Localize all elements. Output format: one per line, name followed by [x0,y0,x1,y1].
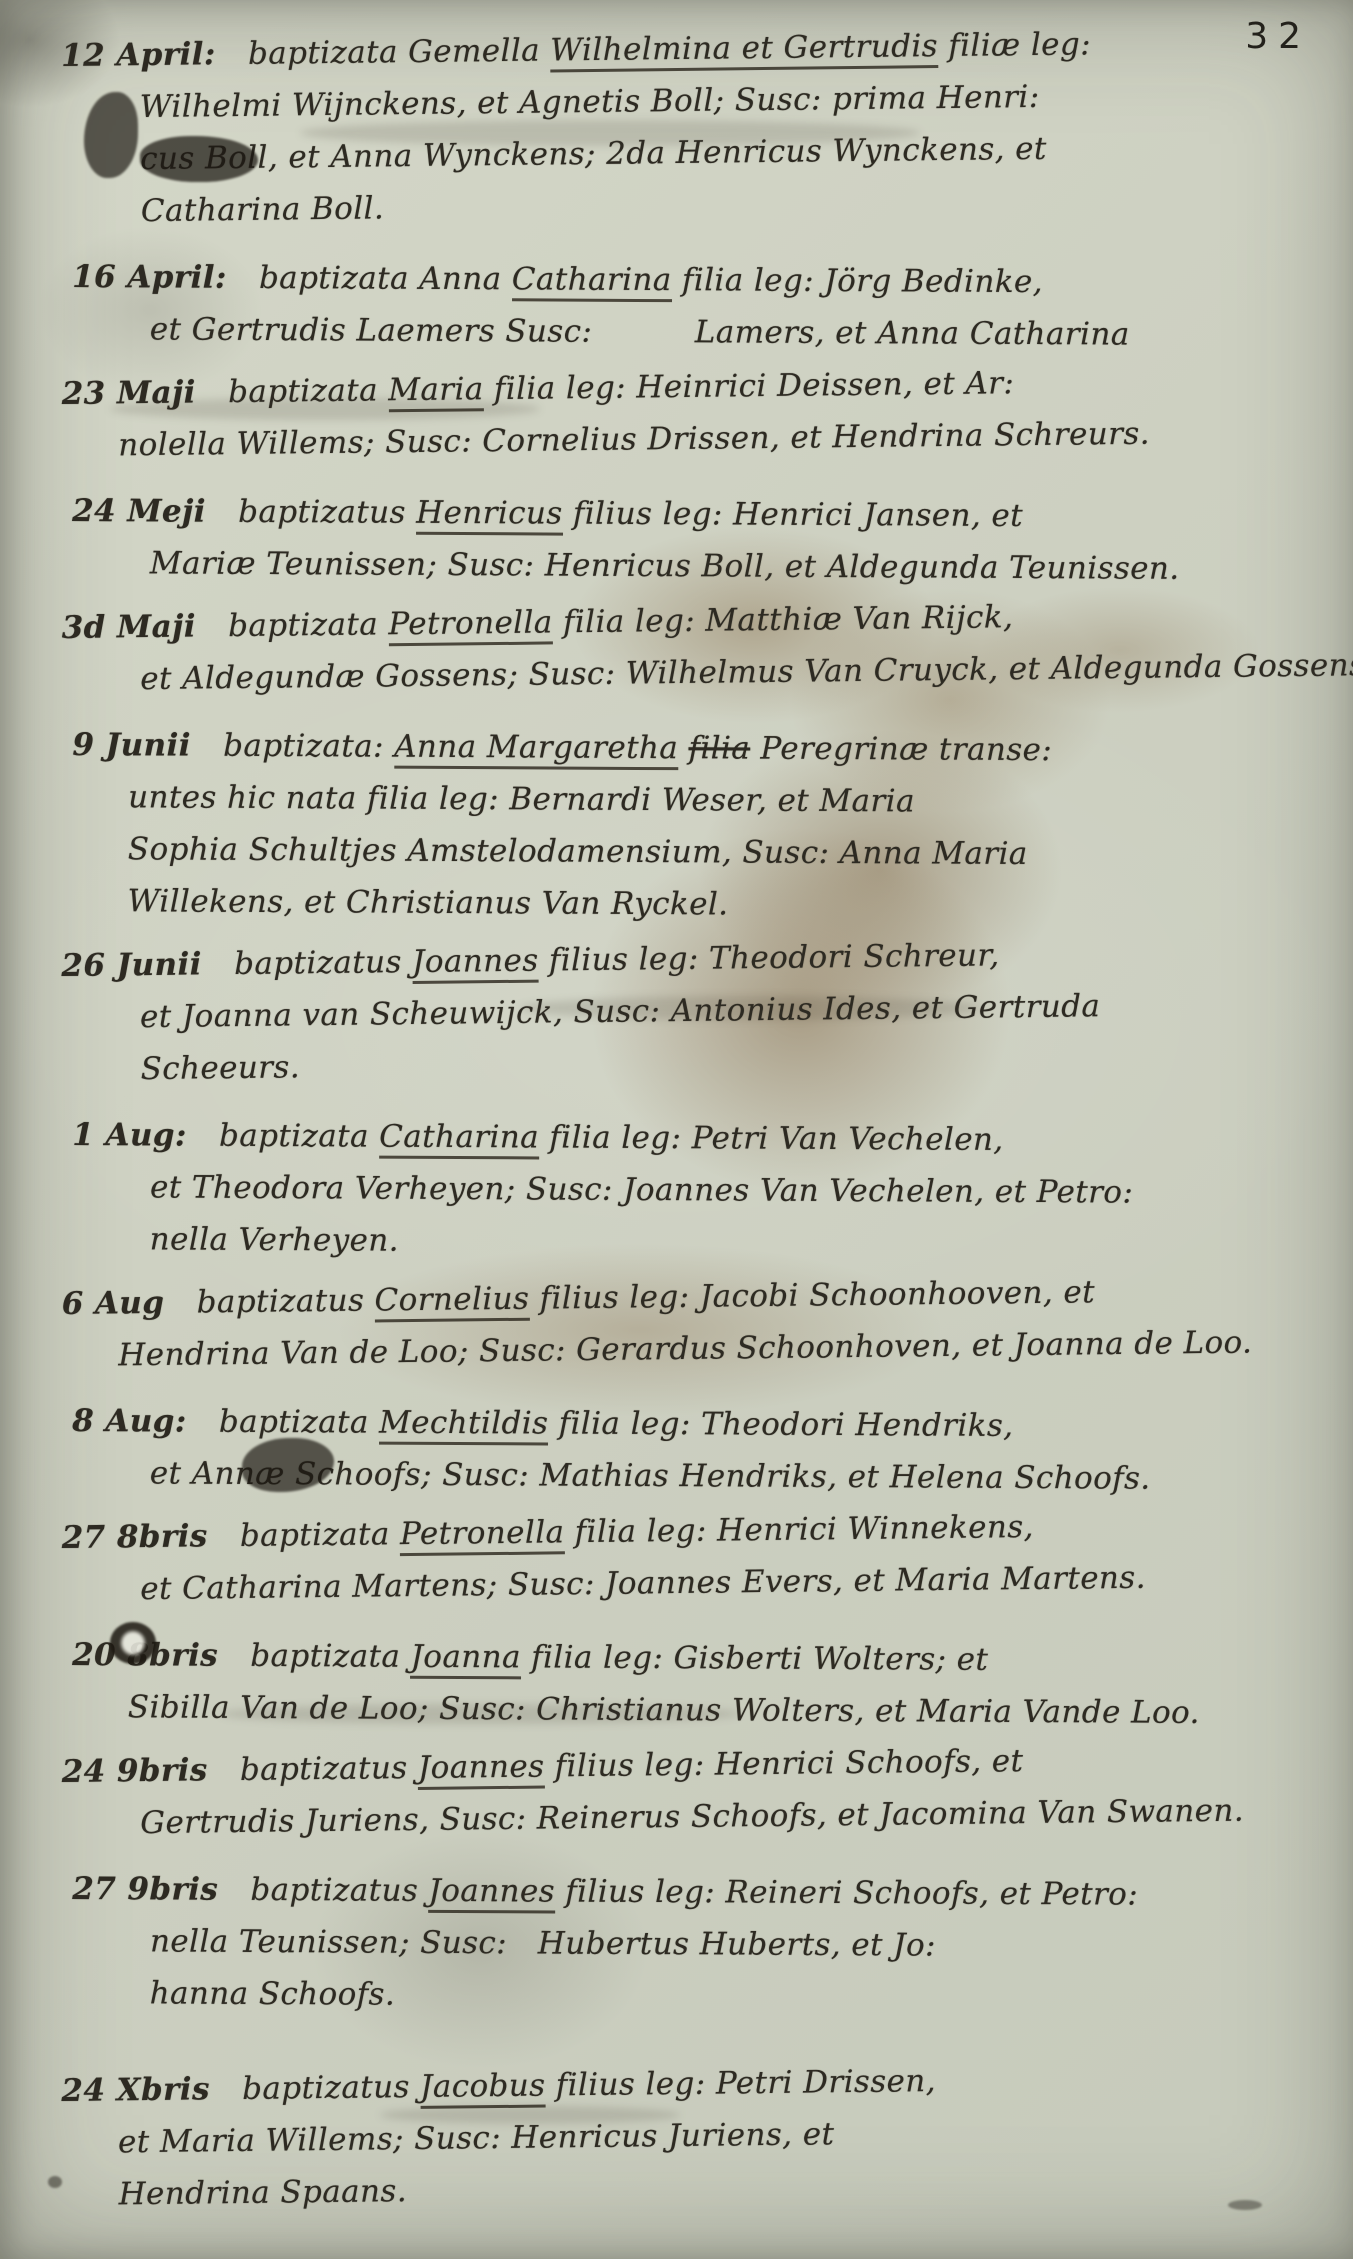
text-run: cus Boll, et Anna Wynckens; 2da Henricus… [140,131,1047,177]
entry-date: 24 Meji [72,485,206,538]
register-line: 24 Meji baptizatus Henricus filius leg: … [72,485,1293,543]
text-run: Willekens, et Christianus Van Ryckel. [127,883,728,922]
register-entry: 24 Xbris baptizatus Jacobus filius leg: … [61,2051,1294,2221]
register-line: 1 Aug: baptizata Catharina filia leg: Pe… [72,1109,1293,1167]
entry-date: 12 April: [61,28,216,82]
register-entry: 27 8bris baptizata Petronella filia leg:… [61,1498,1293,1616]
baptized-name: Maria [388,371,484,412]
entry-date: 23 Maji [61,366,196,420]
text-run: baptizata [219,1118,379,1155]
baptism-entries: 12 April: baptizata Gemella Wilhelmina e… [62,30,1293,2221]
register-line: et Theodora Verheyen; Susc: Joannes Van … [150,1161,1293,1219]
baptized-name: Jacobus [420,2068,546,2109]
text-run: filia leg: Petri Van Vechelen, [539,1119,1004,1157]
text-run: baptizatus [242,2069,420,2107]
baptized-name: Catharina [379,1119,539,1160]
entry-date: 8 Aug: [72,1395,187,1448]
text-run: untes hic nata filia leg: Bernardi Weser… [128,779,915,819]
entry-date: 27 9bris [72,1863,218,1916]
text-run: Gertrudis Juriens, Susc: Reinerus Schoof… [140,1793,1244,1842]
text-run: nella Verheyen. [150,1221,399,1258]
text-run: Sophia Schultjes Amstelodamensium, Susc:… [128,831,1028,872]
register-line: Willekens, et Christianus Van Ryckel. [127,875,1292,933]
text-run: baptizata [250,1638,410,1675]
baptized-name: Wilhelmina et Gertrudis [550,28,938,72]
text-run: baptizata [228,606,389,644]
text-run: filius leg: Henrici Jansen, et [563,496,1024,534]
ink-blot [48,2176,62,2188]
entry-date: 3d Maji [61,600,196,654]
baptized-name: Anna Margaretha [394,729,678,770]
manuscript-scan: { "page": { "number": "32", "colors": { … [0,0,1353,2259]
text-run: et Joanna van Scheuwijck, Susc: Antonius… [140,988,1101,1035]
baptized-name: Petronella [388,604,553,646]
text-run: et Theodora Verheyen; Susc: Joannes Van … [150,1169,1133,1210]
baptized-name: Joannes [418,1749,545,1790]
baptized-name: Joannes [412,943,539,984]
text-run: filius leg: Henrici Schoofs, et [544,1743,1023,1784]
register-line: 8 Aug: baptizata Mechtildis filia leg: T… [72,1395,1293,1453]
register-line: hanna Schoofs. [150,1967,1293,2025]
register-entry: 9 Junii baptizata: Anna Margaretha filia… [71,719,1293,933]
text-run: filiæ leg: [938,26,1091,64]
entry-date: 1 Aug: [72,1109,187,1162]
entry-date: 6 Aug [61,1277,164,1330]
text-run: nella Teunissen; Susc: Hubertus Huberts,… [150,1923,936,1963]
register-entry: 16 April: baptizata Anna Catharina filia… [72,251,1294,361]
ink-blot [140,136,258,182]
text-run: baptizata Gemella [248,32,551,71]
text-run: baptizatus [234,944,412,982]
register-entry: 26 Junii baptizatus Joannes filius leg: … [61,926,1294,1096]
text-run: baptizata [228,372,389,410]
text-run: Hendrina Spaans. [118,2173,407,2212]
text-run: filia leg: Henrici Winnekens, [564,1509,1034,1550]
text-run: et Aldegundæ Gossens; Susc: Wilhelmus Va… [140,647,1353,697]
text-run: Sibilla Van de Loo; Susc: Christianus Wo… [128,1689,1200,1731]
text-run: filius leg: Theodori Schreur, [538,937,999,978]
text-run: filius leg: Jacobi Schoonhooven, et [529,1274,1095,1316]
text-run: baptizata [240,1516,401,1554]
entry-date: 26 Junii [61,938,202,992]
ink-blot [1228,2200,1262,2210]
text-run: Hendrina Van de Loo; Susc: Gerardus Scho… [118,1324,1252,1373]
baptized-name: Cornelius [374,1281,529,1323]
register-entry: 24 Meji baptizatus Henricus filius leg: … [72,485,1294,595]
register-line: Sibilla Van de Loo; Susc: Christianus Wo… [128,1681,1293,1739]
register-line: 9 Junii baptizata: Anna Margaretha filia… [72,719,1293,777]
register-entry: 1 Aug: baptizata Catharina filia leg: Pe… [72,1109,1294,1271]
register-entry: 27 9bris baptizatus Joannes filius leg: … [72,1863,1294,2025]
text-run: filia leg: Heinrici Deissen, et Ar: [483,365,1014,407]
text-run: baptizata [219,1404,379,1441]
baptized-name: Joanna [410,1639,521,1680]
text-run: Wilhelmi Wijnckens, et Agnetis Boll; Sus… [139,79,1039,125]
baptized-name: Petronella [400,1514,565,1556]
manuscript-page: 12 April: baptizata Gemella Wilhelmina e… [0,0,1353,2221]
register-entry: 12 April: baptizata Gemella Wilhelmina e… [61,16,1294,238]
register-entry: 20 8bris baptizata Joanna filia leg: Gis… [72,1629,1294,1739]
struck-word: filia [688,730,750,766]
register-line: nella Verheyen. [150,1213,1293,1271]
text-run: filia leg: Jörg Bedinke, [672,262,1043,300]
register-line: et Gertrudis Laemers Susc: Lamers, et An… [150,303,1293,361]
register-line: 16 April: baptizata Anna Catharina filia… [72,251,1293,309]
entry-date: 9 Junii [72,719,191,772]
register-entry: 3d Maji baptizata Petronella filia leg: … [61,588,1293,706]
text-run [678,730,688,766]
register-line: nella Teunissen; Susc: Hubertus Huberts,… [150,1915,1293,1973]
ink-blot [110,1622,156,1664]
text-run: baptizatus [238,494,416,531]
register-entry: 24 9bris baptizatus Joannes filius leg: … [61,1732,1293,1850]
text-run: hanna Schoofs. [150,1975,396,2012]
entry-date: 24 9bris [61,1744,208,1798]
register-line: Mariæ Teunissen; Susc: Henricus Boll, et… [150,537,1293,595]
text-run: Scheeurs. [140,1049,300,1087]
baptized-name: Henricus [416,495,563,536]
text-run: baptizatus [196,1282,374,1320]
entry-date: 27 8bris [61,1510,208,1564]
text-run: filia leg: Theodori Hendriks, [548,1405,1013,1443]
text-run: baptizata: [223,728,394,765]
register-entry: 23 Maji baptizata Maria filia leg: Heinr… [61,354,1293,472]
text-run: filia leg: Gisberti Wolters; et [521,1639,989,1677]
register-line: 27 9bris baptizatus Joannes filius leg: … [72,1863,1293,1921]
text-run: baptizatus [250,1872,428,1909]
text-run: filius leg: Petri Drissen, [545,2063,936,2103]
page-number: 32 [1245,16,1311,57]
baptized-name: Mechtildis [379,1405,549,1446]
text-run: et Gertrudis Laemers Susc: Lamers, et An… [150,311,1130,352]
text-run: baptizata Anna [259,260,512,297]
baptized-name: Catharina [512,261,672,302]
text-run: et Maria Willems; Susc: Henricus Juriens… [118,2116,835,2160]
register-line: untes hic nata filia leg: Bernardi Weser… [128,771,1293,829]
text-run: et Catharina Martens; Susc: Joannes Ever… [140,1560,1146,1607]
register-line: 20 8bris baptizata Joanna filia leg: Gis… [72,1629,1293,1687]
entry-date: 24 Xbris [61,2063,210,2117]
text-run: baptizatus [240,1750,418,1788]
text-run: Peregrinæ transe: [750,731,1052,769]
register-entry: 6 Aug baptizatus Cornelius filius leg: J… [61,1264,1293,1382]
text-run: Catharina Boll. [141,190,385,229]
text-run: nolella Willems; Susc: Cornelius Drissen… [118,416,1150,464]
text-run: filia leg: Matthiæ Van Rijck, [553,599,1014,640]
text-run: filius leg: Reineri Schoofs, et Petro: [555,1874,1138,1913]
register-line: Sophia Schultjes Amstelodamensium, Susc:… [128,823,1293,881]
entry-date: 16 April: [72,251,227,304]
text-run: Mariæ Teunissen; Susc: Henricus Boll, et… [150,545,1180,586]
baptized-name: Joannes [428,1873,555,1914]
